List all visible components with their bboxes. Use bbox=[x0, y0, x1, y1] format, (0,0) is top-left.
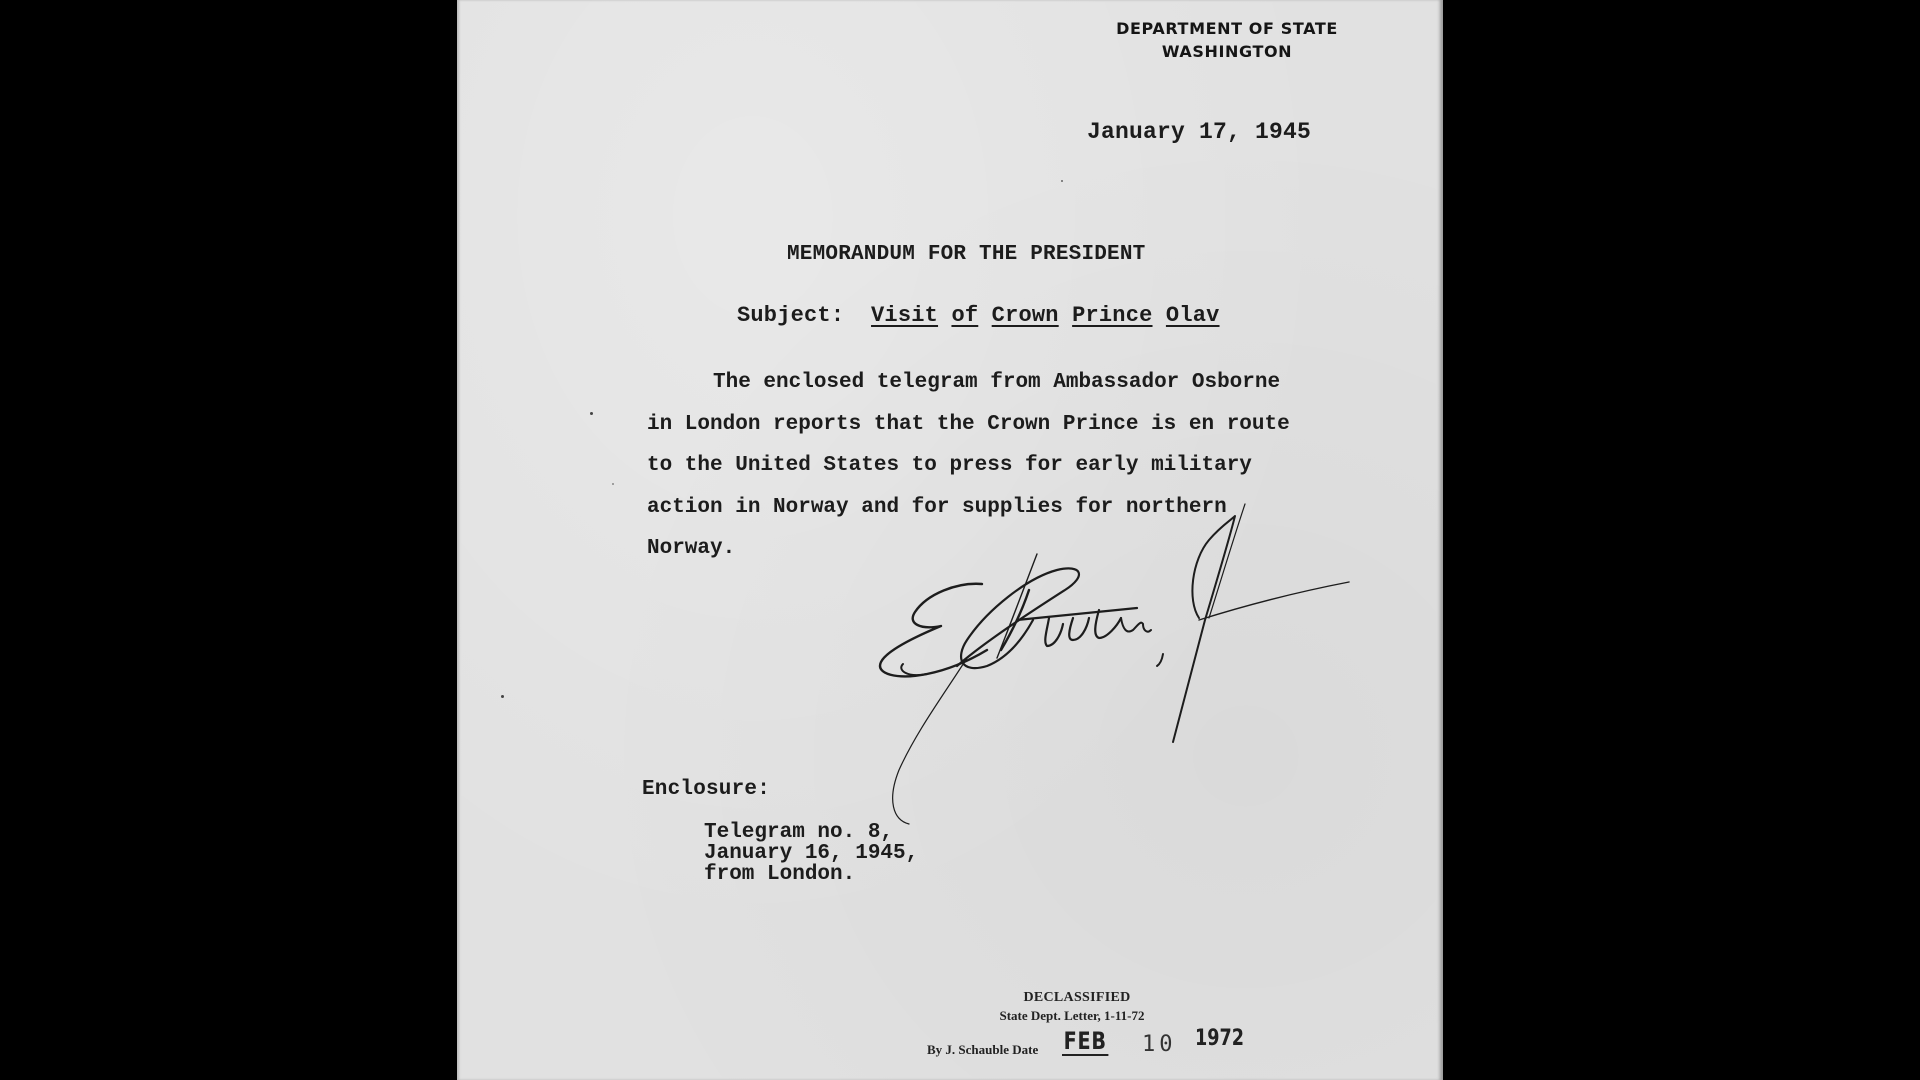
enclosure-detail: Telegram no. 8, January 16, 1945, from L… bbox=[704, 822, 918, 885]
enclosure-label: Enclosure: bbox=[642, 778, 770, 801]
enclosure-line: from London. bbox=[704, 864, 918, 885]
subject-label: Subject: bbox=[737, 303, 844, 328]
declassification-stamp: DECLASSIFIED State Dept. Letter, 1-11-72… bbox=[927, 990, 1247, 1062]
letterhead-department: DEPARTMENT OF STATE bbox=[1057, 17, 1397, 40]
body-line: to the United States to press for early … bbox=[647, 445, 1290, 487]
document-page: DEPARTMENT OF STATE WASHINGTON January 1… bbox=[457, 0, 1443, 1080]
subject-word: Prince bbox=[1072, 303, 1152, 328]
stamp-year: 1972 bbox=[1195, 1026, 1244, 1051]
enclosure-line: Telegram no. 8, bbox=[704, 822, 918, 843]
subject-word: of bbox=[951, 303, 978, 328]
stamp-by: By J. Schauble Date bbox=[927, 1042, 1038, 1058]
stamp-date-line: By J. Schauble Date FEB 10 1972 bbox=[927, 1032, 1247, 1062]
paper-speck bbox=[1061, 180, 1063, 182]
stamp-month: FEB bbox=[1062, 1028, 1108, 1056]
subject-word: Visit bbox=[871, 303, 938, 328]
stamp-declassified: DECLASSIFIED bbox=[937, 990, 1217, 1006]
image-viewer: DEPARTMENT OF STATE WASHINGTON January 1… bbox=[0, 0, 1920, 1080]
memo-title: MEMORANDUM FOR THE PRESIDENT bbox=[787, 243, 1145, 266]
signature-image bbox=[837, 490, 1397, 830]
letterhead: DEPARTMENT OF STATE WASHINGTON bbox=[1057, 17, 1397, 63]
body-line: The enclosed telegram from Ambassador Os… bbox=[647, 362, 1290, 404]
letterhead-city: WASHINGTON bbox=[1057, 40, 1397, 63]
subject-word: Crown bbox=[992, 303, 1059, 328]
paper-speck bbox=[590, 412, 593, 415]
subject-word: Olav bbox=[1166, 303, 1220, 328]
stamp-day: 10 bbox=[1142, 1032, 1177, 1057]
paper-speck bbox=[612, 483, 614, 485]
paper-speck bbox=[501, 695, 504, 698]
stamp-authority: State Dept. Letter, 1-11-72 bbox=[927, 1008, 1217, 1024]
body-line: in London reports that the Crown Prince … bbox=[647, 404, 1290, 446]
memo-date: January 17, 1945 bbox=[1087, 119, 1311, 145]
enclosure-line: January 16, 1945, bbox=[704, 843, 918, 864]
memo-subject: Subject: Visit of Crown Prince Olav bbox=[737, 303, 1220, 328]
